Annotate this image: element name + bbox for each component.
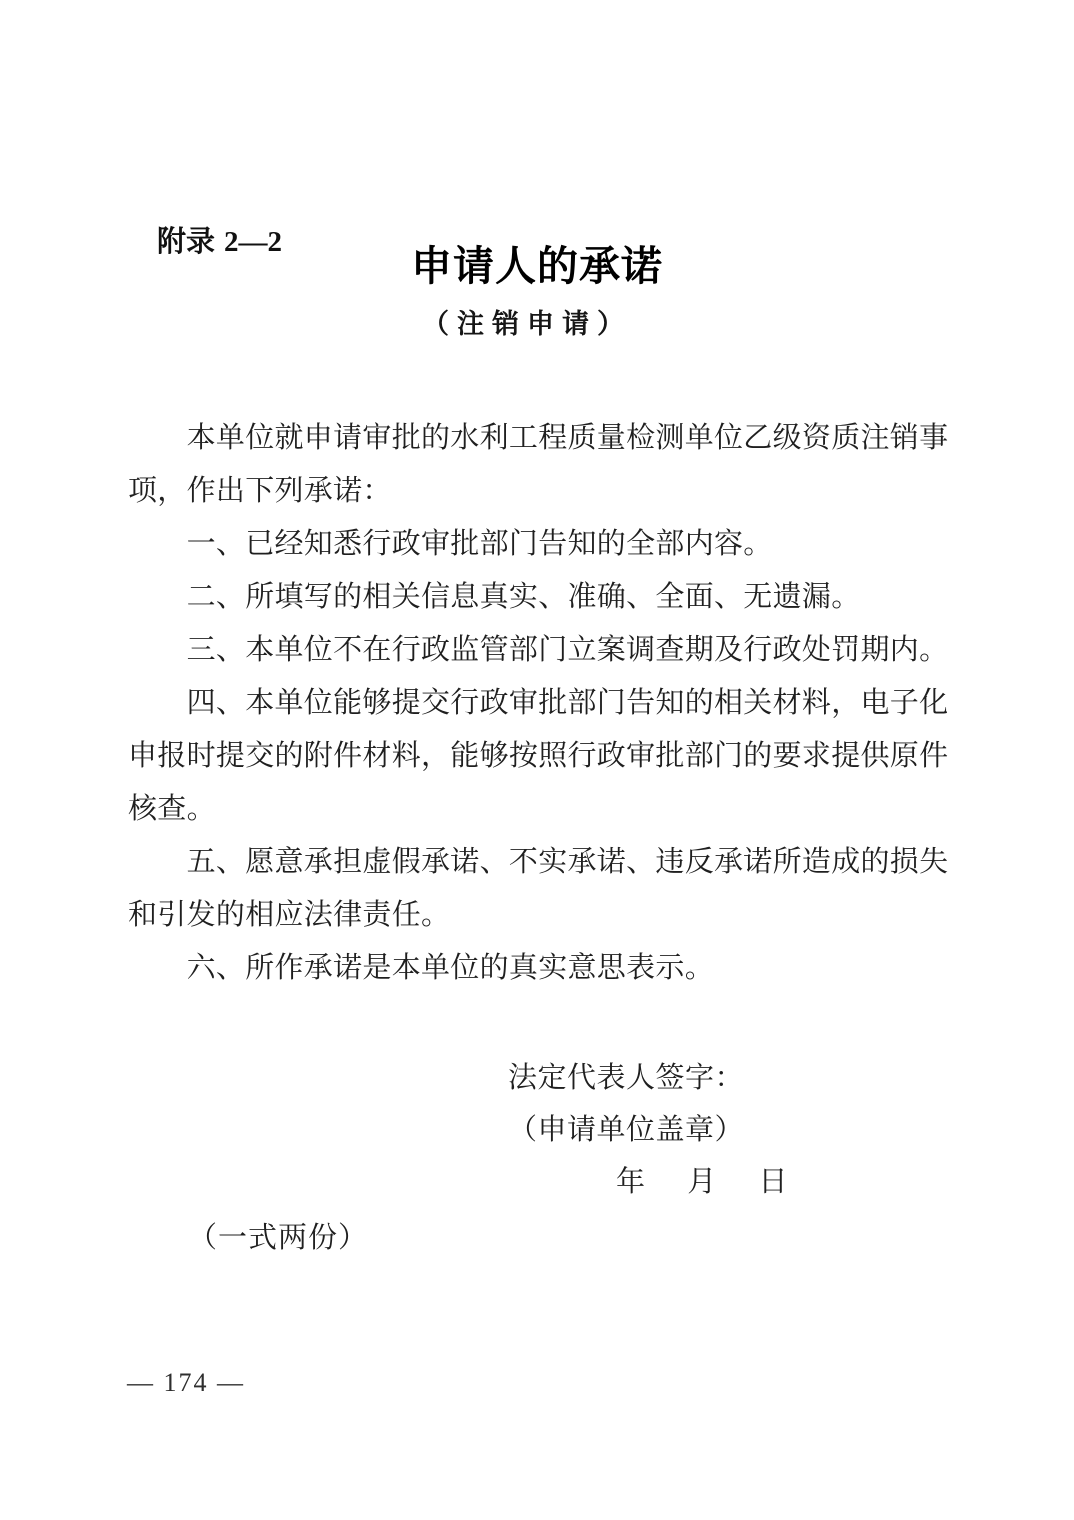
body-line: 核查。 xyxy=(128,783,968,836)
body-line: 一、已经知悉行政审批部门告知的全部内容。 xyxy=(128,518,968,571)
body-line: 项，作出下列承诺： xyxy=(128,465,968,518)
copies-note: （一式两份） xyxy=(188,1212,368,1265)
body-line: 五、愿意承担虚假承诺、不实承诺、违反承诺所造成的损失 xyxy=(128,836,968,889)
page-subtitle: （注销申请） xyxy=(0,302,1054,341)
body-line: 本单位就申请审批的水利工程质量检测单位乙级资质注销事 xyxy=(128,412,968,465)
document-page: 附录2—2 申请人的承诺 （注销申请） 本单位就申请审批的水利工程质量检测单位乙… xyxy=(0,0,1074,1520)
date-line: 年 月 日 xyxy=(508,1156,790,1208)
page-number: — 174 — xyxy=(127,1368,245,1398)
page-title: 申请人的承诺 xyxy=(0,233,1074,292)
legal-representative-signature-label: 法定代表人签字： xyxy=(508,1052,790,1104)
applicant-unit-seal-label: （申请单位盖章） xyxy=(508,1104,790,1156)
body-line: 四、本单位能够提交行政审批部门告知的相关材料，电子化 xyxy=(128,677,968,730)
body-line: 和引发的相应法律责任。 xyxy=(128,889,968,942)
commitment-body: 本单位就申请审批的水利工程质量检测单位乙级资质注销事 项，作出下列承诺： 一、已… xyxy=(128,412,968,995)
body-line: 申报时提交的附件材料，能够按照行政审批部门的要求提供原件 xyxy=(128,730,968,783)
body-line: 三、本单位不在行政监管部门立案调查期及行政处罚期内。 xyxy=(128,624,968,677)
body-line: 六、所作承诺是本单位的真实意思表示。 xyxy=(128,942,968,995)
signature-block: 法定代表人签字： （申请单位盖章） 年 月 日 xyxy=(508,1052,790,1208)
body-line: 二、所填写的相关信息真实、准确、全面、无遗漏。 xyxy=(128,571,968,624)
